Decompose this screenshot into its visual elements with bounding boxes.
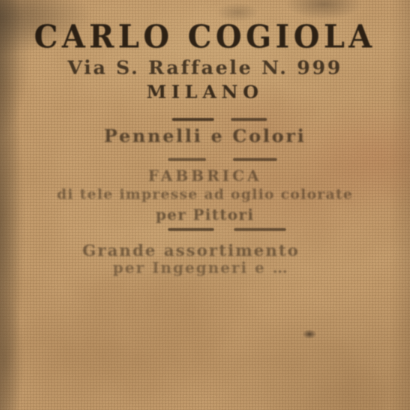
stamp-factory-line2: per Pittori (0, 206, 410, 224)
stamp-rule-dash (172, 118, 214, 121)
stamp-assortment-line2: per Ingegneri e … (0, 259, 406, 277)
canvas-back-photo: CARLO COGIOLA Via S. Raffaele N. 999 MIL… (0, 0, 410, 410)
stamp-factory-heading: FABBRICA (0, 167, 410, 185)
stamp-title: CARLO COGIOLA (0, 19, 410, 56)
stamp-city: MILANO (0, 82, 410, 103)
stamp-rule-dash (233, 158, 277, 161)
stamp-rule-dash (168, 158, 206, 161)
stamp-products-line: Pennelli e Colori (0, 126, 410, 147)
stamp-address: Via S. Raffaele N. 999 (0, 57, 410, 79)
stamp-rule-dash (231, 118, 267, 121)
stamp-factory-line1: di tele impresse ad oglio colorate (0, 187, 410, 203)
stamp-rule-dash (168, 228, 214, 231)
stamp-rule-dash (234, 228, 286, 231)
stamp-assortment-line1: Grande assortimento (0, 241, 396, 260)
